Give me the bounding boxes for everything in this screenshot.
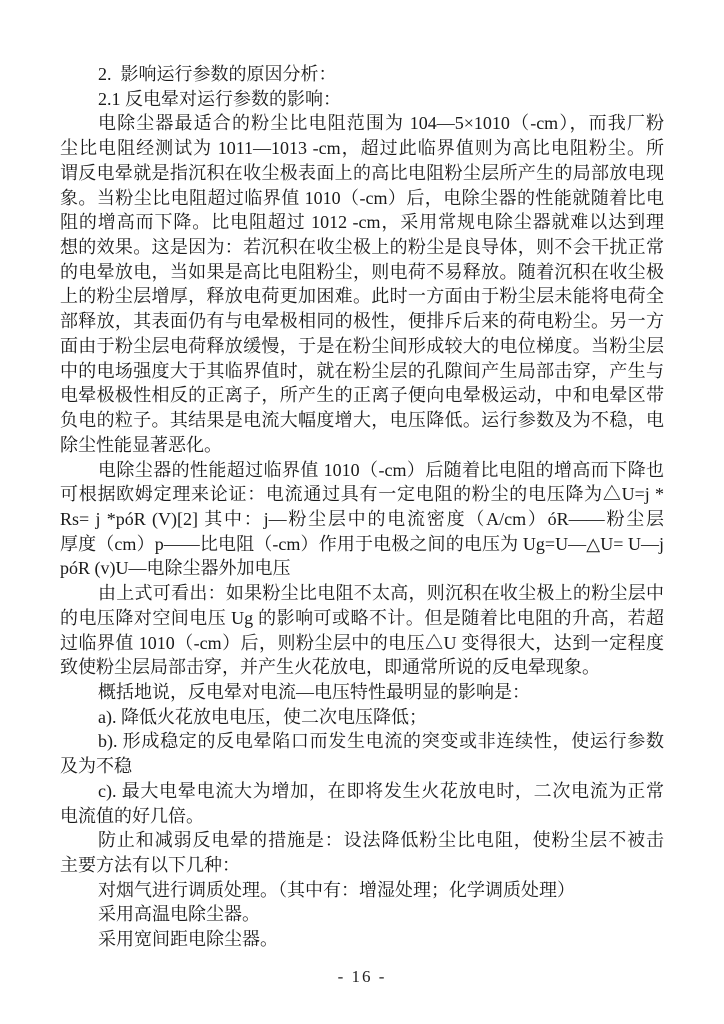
document-page: 2. 影响运行参数的原因分析：2.1 反电晕对运行参数的影响：电除尘器最适合的粉… — [0, 0, 724, 1024]
text-line: 过临界值 1010（-cm）后，则粉尘层中的电压△U 变得很大，达到一定程度 — [60, 631, 664, 656]
text-line: Rs= j *póR (V)[2] 其中：j—粉尘层中的电流密度（A/cm）óR… — [60, 507, 664, 532]
text-line: 面由于粉尘层电荷释放缓慢，于是在粉尘间形成较大的电位梯度。当粉尘层 — [60, 334, 664, 359]
text-line: 除尘性能显著恶化。 — [60, 433, 664, 458]
document-body: 2. 影响运行参数的原因分析：2.1 反电晕对运行参数的影响：电除尘器最适合的粉… — [60, 62, 664, 952]
text-line: 防止和减弱反电晕的措施是：设法降低粉尘比电阻，使粉尘层不被击穿。 — [60, 828, 664, 853]
text-line: 想的效果。这是因为：若沉积在收尘极上的粉尘是良导体，则不会干扰正常 — [60, 235, 664, 260]
text-line: 可根据欧姆定理来论证：电流通过具有一定电阻的粉尘的电压降为△U=j * — [60, 482, 664, 507]
text-line: 致使粉尘层局部击穿，并产生火花放电，即通常所说的反电晕现象。 — [60, 655, 664, 680]
text-line: 象。当粉尘比电阻超过临界值 1010（-cm）后，电除尘器的性能就随着比电 — [60, 186, 664, 211]
text-line: 采用高温电除尘器。 — [60, 902, 664, 927]
text-line: 中的电场强度大于其临界值时，就在粉尘层的孔隙间产生局部击穿，产生与 — [60, 359, 664, 384]
text-line: 的电晕放电，当如果是高比电阻粉尘，则电荷不易释放。随着沉积在收尘极 — [60, 260, 664, 285]
text-line: 负电的粒子。其结果是电流大幅度增大，电压降低。运行参数及为不稳，电 — [60, 408, 664, 433]
text-line: 概括地说，反电晕对电流—电压特性最明显的影响是： — [60, 680, 664, 705]
text-line: 的电压降对空间电压 Ug 的影响可或略不计。但是随着比电阻的升高，若超 — [60, 606, 664, 631]
text-line: 对烟气进行调质处理。（其中有：增湿处理；化学调质处理） — [60, 878, 664, 903]
text-line: 2. 影响运行参数的原因分析： — [60, 62, 664, 87]
text-line: 电除尘器的性能超过临界值 1010（-cm）后随着比电阻的增高而下降也 — [60, 458, 664, 483]
text-line: 2.1 反电晕对运行参数的影响： — [60, 87, 664, 112]
text-line: c). 最大电晕电流大为增加，在即将发生火花放电时，二次电流为正常 — [60, 779, 664, 804]
text-line: 谓反电晕就是指沉积在收尘极表面上的高比电阻粉尘层所产生的局部放电现 — [60, 161, 664, 186]
text-line: 厚度（cm）p——比电阻（-cm）作用于电极之间的电压为 Ug=U—△U= U—… — [60, 532, 664, 557]
text-line: 阻的增高而下降。比电阻超过 1012 -cm，采用常规电除尘器就难以达到理 — [60, 210, 664, 235]
page-number: - 16 - — [338, 967, 387, 986]
text-line: 及为不稳 — [60, 754, 664, 779]
text-line: 主要方法有以下几种： — [60, 853, 664, 878]
page-footer: - 16 - — [0, 966, 724, 988]
text-line: a). 降低火花放电电压，使二次电压降低； — [60, 705, 664, 730]
text-line: 尘比电阻经测试为 1011—1013 -cm，超过此临界值则为高比电阻粉尘。所 — [60, 136, 664, 161]
text-line: 部释放，其表面仍有与电晕极相同的极性，便排斥后来的荷电粉尘。另一方 — [60, 309, 664, 334]
text-line: 电晕极极性相反的正离子，所产生的正离子便向电晕极运动，中和电晕区带 — [60, 383, 664, 408]
text-line: 电流值的好几倍。 — [60, 804, 664, 829]
text-line: póR (v)U—电除尘器外加电压 — [60, 556, 664, 581]
text-line: 上的粉尘层增厚，释放电荷更加困难。此时一方面由于粉尘层未能将电荷全 — [60, 284, 664, 309]
text-line: 采用宽间距电除尘器。 — [60, 927, 664, 952]
text-line: 由上式可看出：如果粉尘比电阻不太高，则沉积在收尘极上的粉尘层中 — [60, 581, 664, 606]
text-line: 电除尘器最适合的粉尘比电阻范围为 104—5×1010（-cm），而我厂粉 — [60, 111, 664, 136]
text-line: b). 形成稳定的反电晕陷口而发生电流的突变或非连续性，使运行参数 — [60, 729, 664, 754]
